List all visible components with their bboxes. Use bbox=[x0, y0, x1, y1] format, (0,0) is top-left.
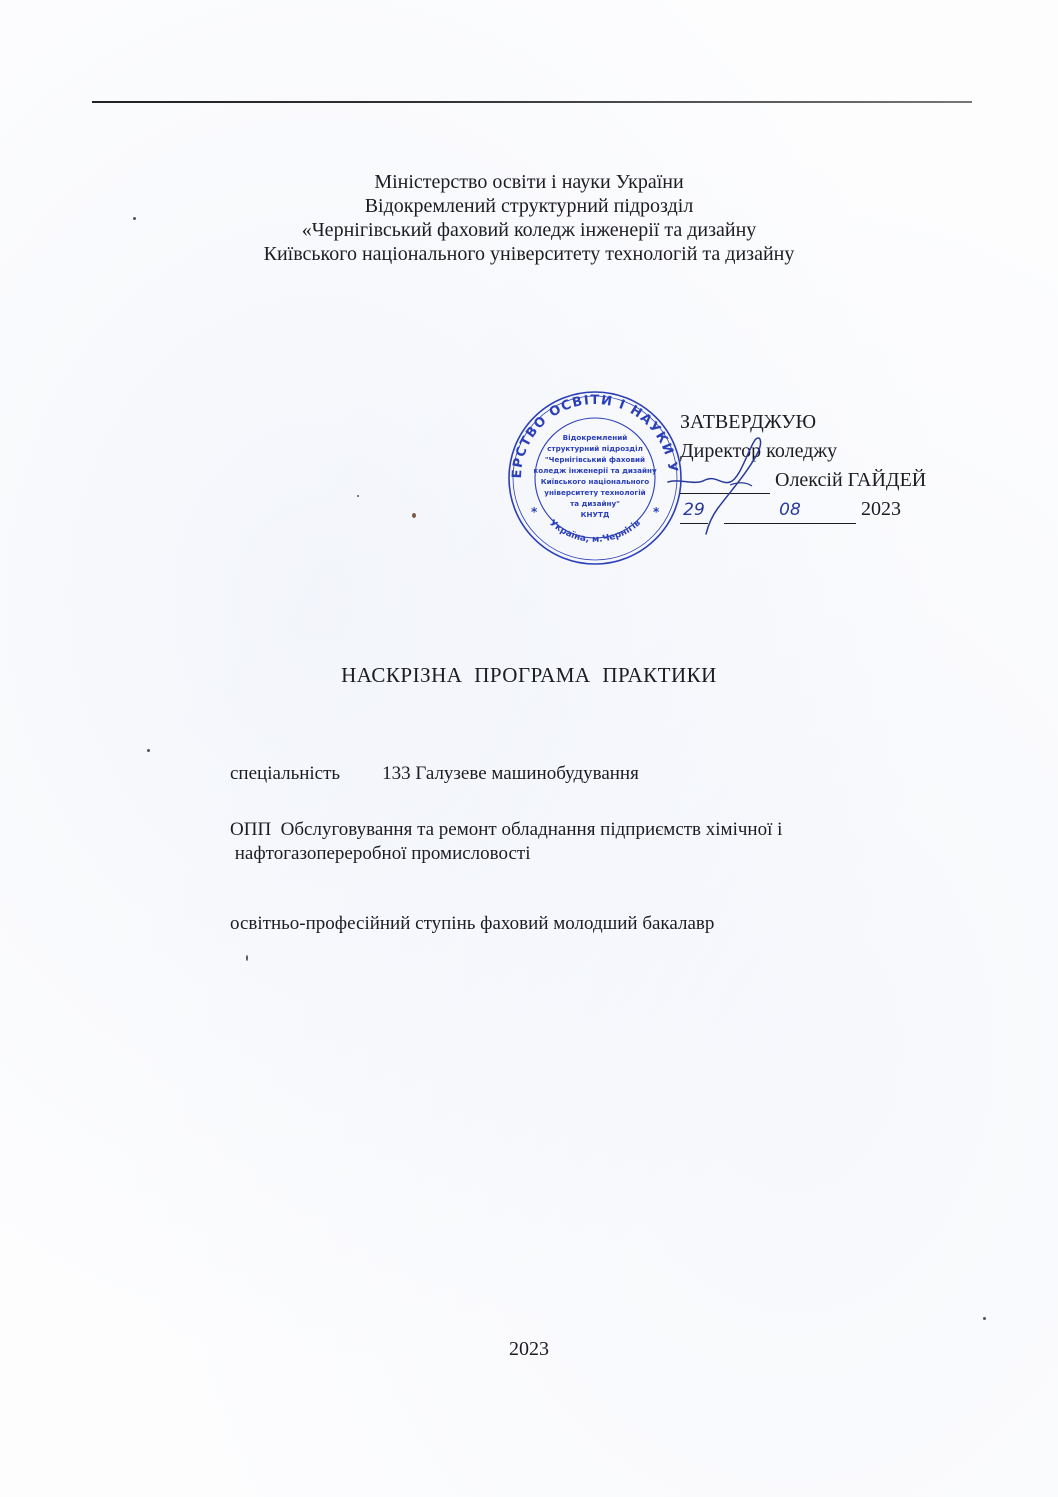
svg-text:*: * bbox=[653, 505, 660, 519]
svg-text:структурний підрозділ: структурний підрозділ bbox=[547, 444, 643, 453]
specialty-label: спеціальність bbox=[230, 763, 340, 784]
degree-line: освітньо-професійний ступінь фаховий мол… bbox=[230, 912, 714, 936]
scan-speck bbox=[147, 749, 150, 752]
svg-text:"Чернігівський фаховий: "Чернігівський фаховий bbox=[545, 455, 645, 464]
scan-speck bbox=[983, 1317, 986, 1320]
university-line: Київського національного університету те… bbox=[0, 242, 1058, 266]
svg-text:КНУТД: КНУТД bbox=[581, 510, 610, 519]
svg-text:*: * bbox=[531, 505, 538, 519]
footer-year: 2023 bbox=[0, 1338, 1058, 1361]
svg-text:коледж інженерії та дизайну: коледж інженерії та дизайну bbox=[533, 466, 657, 475]
top-rule bbox=[92, 101, 972, 103]
document-title: НАСКРІЗНА ПРОГРАМА ПРАКТИКИ bbox=[0, 663, 1058, 688]
svg-text:Відокремлений: Відокремлений bbox=[563, 433, 628, 442]
program-line-1: ОПП Обслуговування та ремонт обладнання … bbox=[230, 818, 782, 842]
program-line-2: нафтогазопереробної промисловості bbox=[230, 842, 782, 866]
svg-text:Київського національного: Київського національного bbox=[541, 477, 650, 486]
specialty-value: 133 Галузеве машинобудування bbox=[382, 763, 639, 784]
svg-text:Україна, м.Чернігів: Україна, м.Чернігів bbox=[547, 518, 643, 545]
svg-text:університету технологій: університету технологій bbox=[544, 488, 645, 497]
institution-header: Міністерство освіти і науки України Відо… bbox=[0, 170, 1058, 266]
svg-text:та дизайну": та дизайну" bbox=[570, 499, 620, 508]
scan-speck bbox=[246, 955, 248, 961]
scan-speck bbox=[357, 495, 359, 497]
subdivision-line: Відокремлений структурний підрозділ bbox=[0, 194, 1058, 218]
date-year: 2023 bbox=[861, 498, 901, 520]
signature-icon bbox=[660, 430, 810, 540]
scan-speck bbox=[412, 513, 416, 518]
ministry-line: Міністерство освіти і науки України bbox=[0, 170, 1058, 194]
college-line: «Чернігівський фаховий коледж інженерії … bbox=[0, 218, 1058, 242]
specialty-row: спеціальність133 Галузеве машинобудуванн… bbox=[230, 762, 639, 786]
official-stamp-icon: МІНІСТЕРСТВО ОСВІТИ І НАУКИ УКРАЇНИ Укра… bbox=[505, 388, 685, 568]
program-block: ОПП Обслуговування та ремонт обладнання … bbox=[230, 818, 782, 866]
scan-speck bbox=[133, 217, 136, 220]
